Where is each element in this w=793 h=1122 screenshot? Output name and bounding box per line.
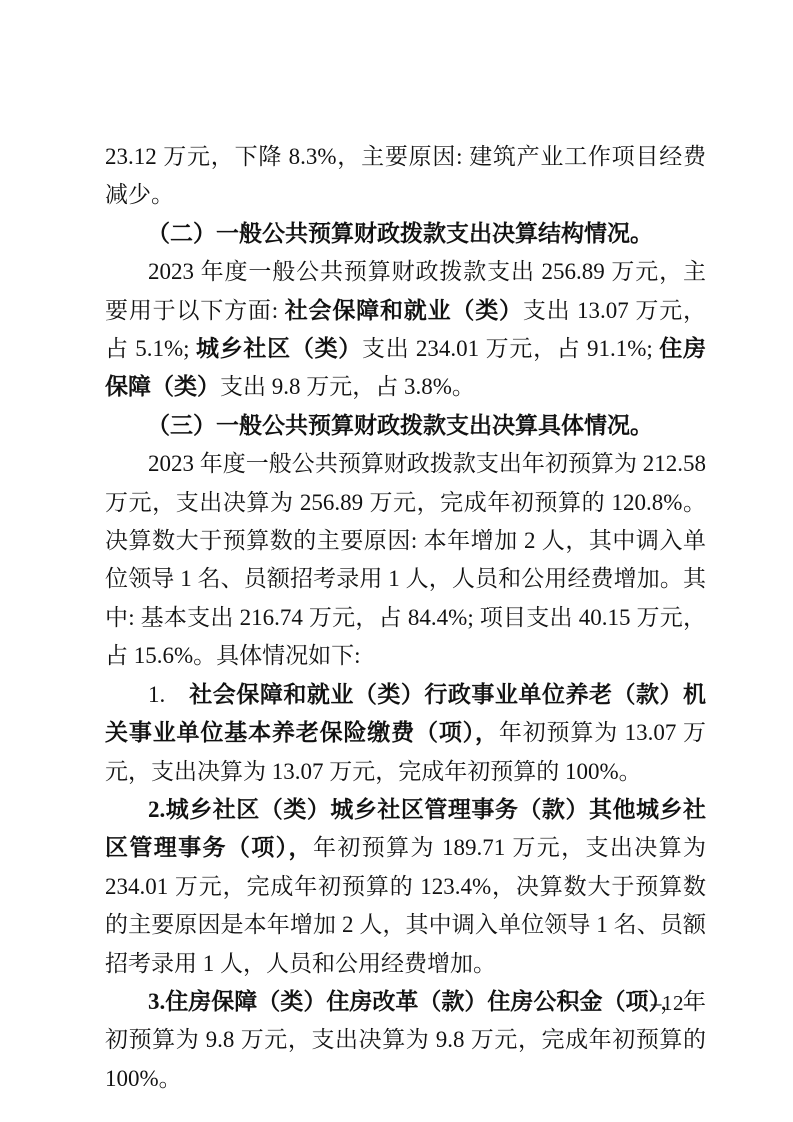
paragraph: 2023 年度一般公共预算财政拨款支出年初预算为 212.58 万元，支出决算为… <box>105 445 706 675</box>
paragraph: 2.城乡社区（类）城乡社区管理事务（款）其他城乡社区管理事务（项），年初预算为 … <box>105 791 706 983</box>
paragraph: 3.住房保障（类）住房改革（款）住房公积金（项），年初预算为 9.8 万元，支出… <box>105 983 706 1098</box>
page-number: –12– <box>651 991 695 1015</box>
text-run: 支出 9.8 万元，占 3.8%。 <box>220 374 475 399</box>
section-heading: （二）一般公共预算财政拨款支出决算结构情况。 <box>105 215 706 253</box>
bold-text-run: 城乡社区（类） <box>196 336 362 361</box>
document-content: 23.12 万元，下降 8.3%，主要原因: 建筑产业工作项目经费减少。（二）一… <box>105 138 706 1098</box>
bold-text-run: （三）一般公共预算财政拨款支出决算具体情况。 <box>147 413 653 438</box>
document-page: 23.12 万元，下降 8.3%，主要原因: 建筑产业工作项目经费减少。（二）一… <box>0 0 793 1122</box>
text-run: 2023 年度一般公共预算财政拨款支出年初预算为 212.58 万元，支出决算为… <box>105 451 706 668</box>
text-run: 23.12 万元，下降 8.3%，主要原因: 建筑产业工作项目经费减少。 <box>105 144 706 207</box>
bold-text-run: （二）一般公共预算财政拨款支出决算结构情况。 <box>147 221 653 246</box>
bold-text-run: 社会保障和就业（类） <box>285 298 523 323</box>
paragraph: 1. 社会保障和就业（类）行政事业单位养老（款）机关事业单位基本养老保险缴费（项… <box>105 676 706 791</box>
section-heading: （三）一般公共预算财政拨款支出决算具体情况。 <box>105 407 706 445</box>
text-run: 支出 234.01 万元，占 91.1%; <box>362 336 659 361</box>
paragraph: 23.12 万元，下降 8.3%，主要原因: 建筑产业工作项目经费减少。 <box>105 138 706 215</box>
bold-text-run: 3.住房保障（类）住房改革（款）住房公积金（项） <box>148 989 660 1014</box>
paragraph: 2023 年度一般公共预算财政拨款支出 256.89 万元，主要用于以下方面: … <box>105 253 706 407</box>
text-run: 1. <box>148 682 189 707</box>
